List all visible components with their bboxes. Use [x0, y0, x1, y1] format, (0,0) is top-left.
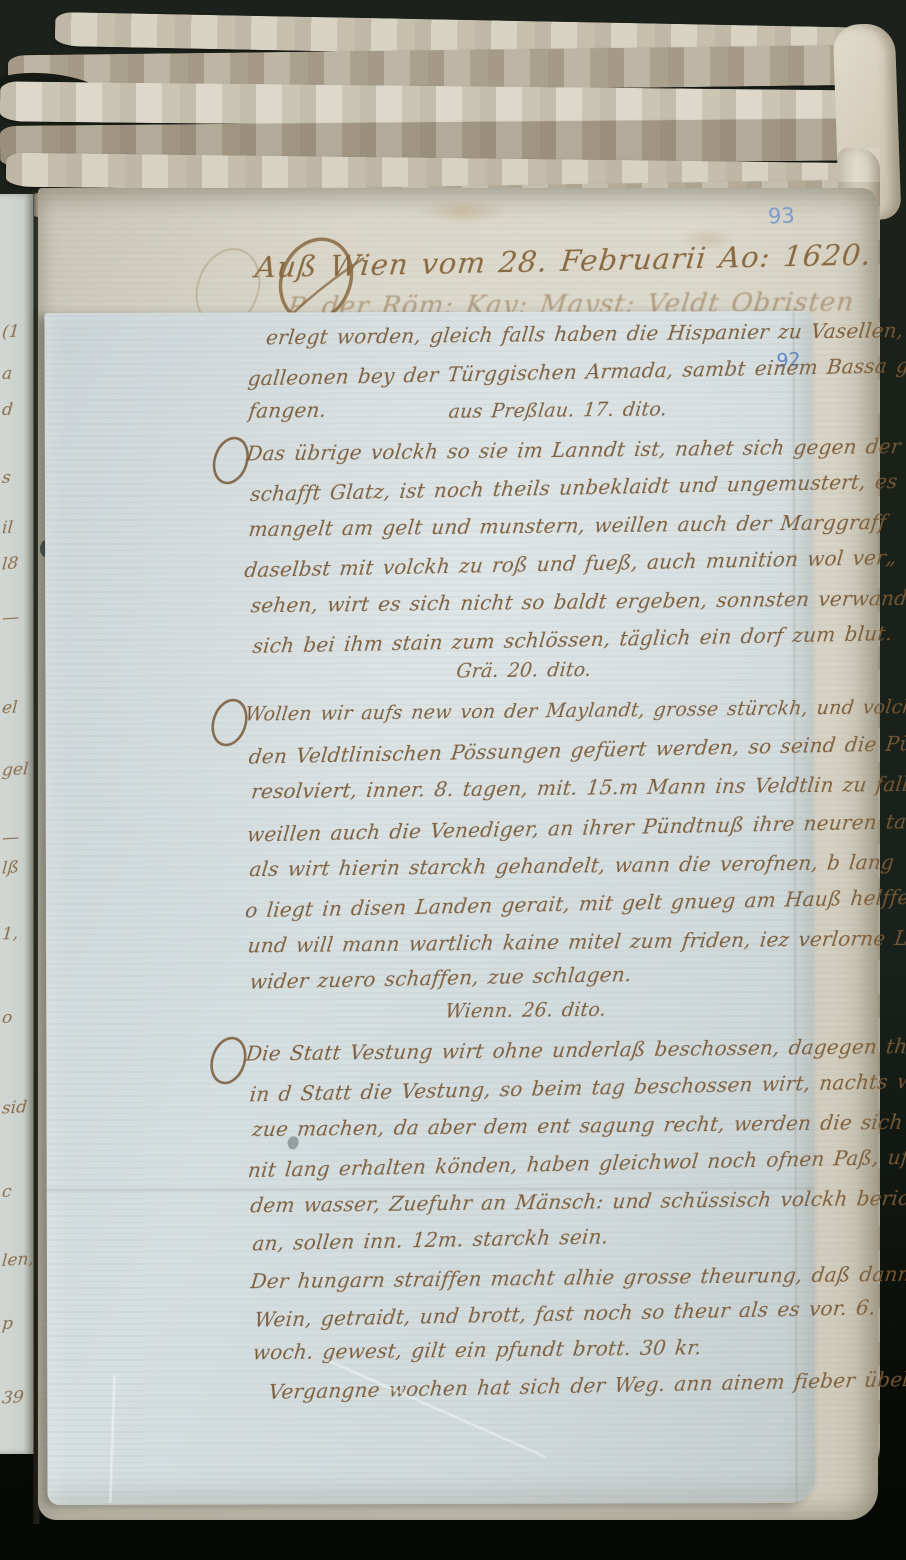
script-line: woch. gewest, gilt ein pfundt brott. 30 …: [252, 1337, 703, 1363]
cut-off-script: l8: [1, 555, 19, 573]
script-line: daselbst mit volckh zu roß und fueß, auc…: [243, 547, 897, 581]
script-line: sich bei ihm stain zum schlössen, täglic…: [252, 623, 894, 657]
script-line: galleonen bey der Türggischen Armada, sa…: [247, 355, 906, 390]
script-line: Vergangne wochen hat sich der Weg. ann a…: [268, 1369, 906, 1403]
script-line: mangelt am gelt und munstern, weillen au…: [248, 512, 888, 540]
script-line: nit lang erhalten könden, haben gleichwo…: [247, 1147, 906, 1181]
cut-off-script: —: [1, 829, 19, 847]
cut-off-script: lß: [1, 859, 19, 877]
script-line: erlegt worden, gleich falls haben die Hi…: [265, 320, 906, 349]
fold-line: [792, 311, 797, 1503]
inset-leaf: 92 erlegt worden, gleich falls haben die…: [44, 311, 815, 1505]
stain: [678, 228, 738, 250]
cut-off-script: len,: [1, 1251, 34, 1270]
manuscript-photo: (1 a d s il l8 — el gel — lß 1, o sid c …: [0, 0, 906, 1560]
script-line: schafft Glatz, ist noch theils unbeklaid…: [249, 471, 898, 505]
script-line: o liegt in disen Landen gerait, mit gelt…: [244, 887, 906, 922]
script-line: Wein, getraidt, und brott, fast noch so …: [253, 1297, 876, 1330]
script-line: sehen, wirt es sich nicht so baldt ergeb…: [250, 588, 906, 617]
initial-flourish: [205, 434, 255, 486]
script-line: dem wasser, Zuefuhr an Mänsch: und schüs…: [249, 1188, 906, 1217]
script-line: als wirt hierin starckh gehandelt, wann …: [248, 852, 895, 880]
cut-off-script: c: [1, 1184, 12, 1202]
folio-number-93: 93: [768, 204, 796, 229]
cut-off-script: p: [1, 1316, 13, 1334]
cut-off-script: d: [1, 402, 13, 420]
cut-off-script: s: [1, 470, 11, 488]
section-dateline: Grä. 20. dito.: [455, 661, 592, 682]
cut-off-script: (1: [1, 323, 20, 341]
cut-off-script: 1,: [1, 925, 19, 943]
cut-off-script: gel: [1, 761, 29, 780]
initial-flourish: [202, 1034, 252, 1086]
section-dateline: Wienn. 26. dito.: [444, 1001, 607, 1023]
dateline: Auß Wien vom 28. Februarii Ao: 1620.: [254, 240, 873, 283]
script-line: zue machen, da aber dem ent sagung recht…: [251, 1112, 904, 1140]
crease: [329, 1360, 546, 1457]
script-line: weillen auch die Venediger, an ihrer Pün…: [246, 811, 906, 846]
script-line: den Veldtlinischen Pössungen gefüert wer…: [248, 732, 906, 767]
crease: [109, 1375, 115, 1503]
script-line: an, sollen inn. 12m. starckh sein.: [251, 1226, 609, 1254]
script-line: und will mann wartlich kaine mitel zum f…: [247, 928, 906, 957]
cut-off-script: a: [1, 366, 12, 384]
section-dateline: aus Preßlau. 17. dito.: [447, 400, 668, 422]
ink-blot: [288, 1136, 299, 1149]
script-line: Das übrige volckh so sie im Lanndt ist, …: [245, 435, 906, 464]
facing-page-sliver: (1 a d s il l8 — el gel — lß 1, o sid c …: [0, 194, 34, 1454]
folio-number-92: 92: [776, 348, 802, 372]
script-line: Der hungarn straiffen macht alhie grosse…: [249, 1264, 906, 1292]
script-line: Wollen wir aufs new von der Maylandt, gr…: [244, 697, 906, 725]
script-line: in d Statt die Vestung, so beim tag besc…: [249, 1071, 906, 1106]
script-line: wider zuero schaffen, zue schlagen.: [249, 964, 633, 993]
script-line: Die Statt Vestung wirt ohne underlaß bes…: [245, 1035, 906, 1064]
cut-off-script: sid: [1, 1099, 27, 1118]
cut-off-script: —: [1, 609, 19, 627]
cut-off-script: il: [1, 520, 13, 538]
stain: [418, 198, 508, 224]
cut-off-script: o: [1, 1010, 13, 1028]
cut-off-script: el: [1, 699, 18, 717]
script-line: resolviert, inner. 8. tagen, mit. 15.m M…: [250, 774, 906, 803]
fold-line: [47, 1187, 815, 1191]
cut-off-script: 39: [1, 1389, 24, 1407]
script-line: fangen.: [247, 400, 327, 422]
initial-flourish: [203, 696, 253, 748]
